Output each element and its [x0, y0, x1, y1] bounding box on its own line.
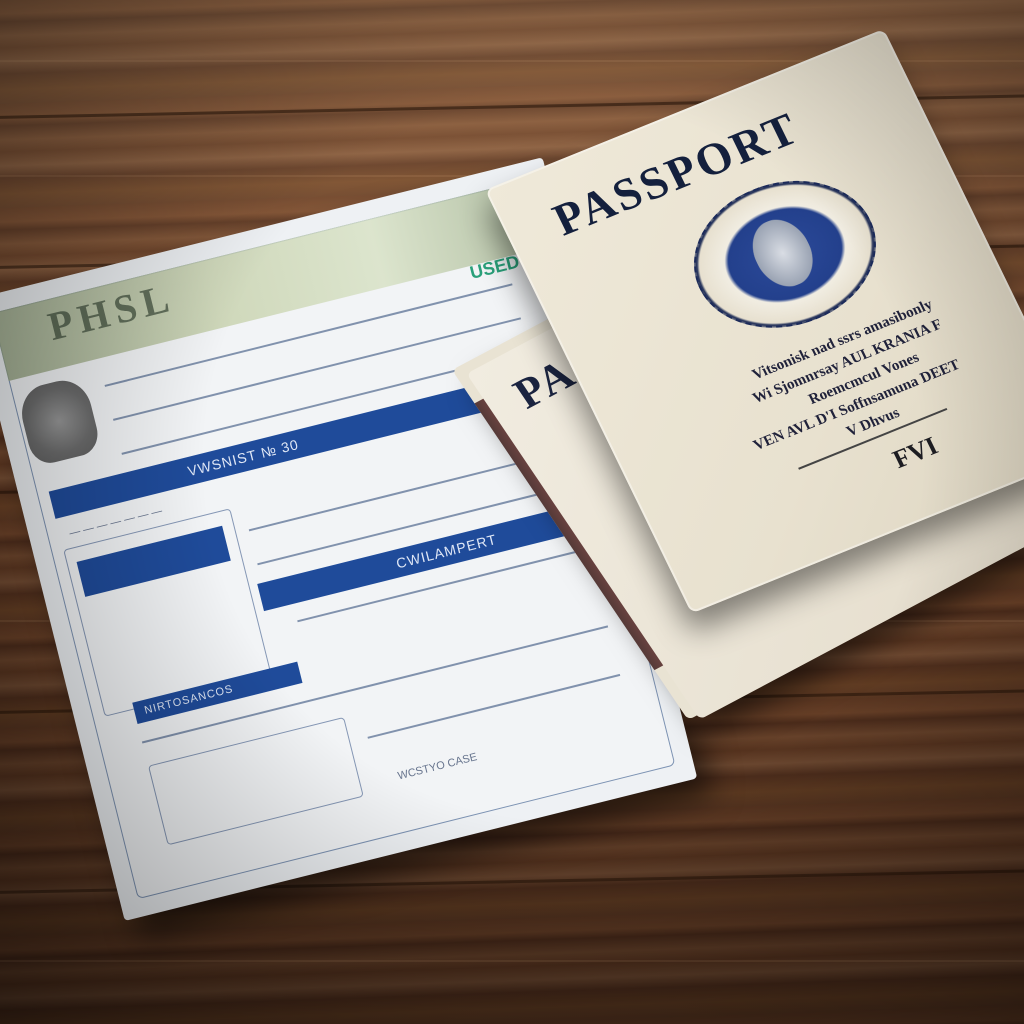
wood-grain	[0, 960, 1024, 962]
passport-code: FVI	[888, 431, 943, 475]
wooden-table-scene: PHSL USED VWSNIST № 30 — — — — — — — CWI…	[0, 0, 1024, 1024]
